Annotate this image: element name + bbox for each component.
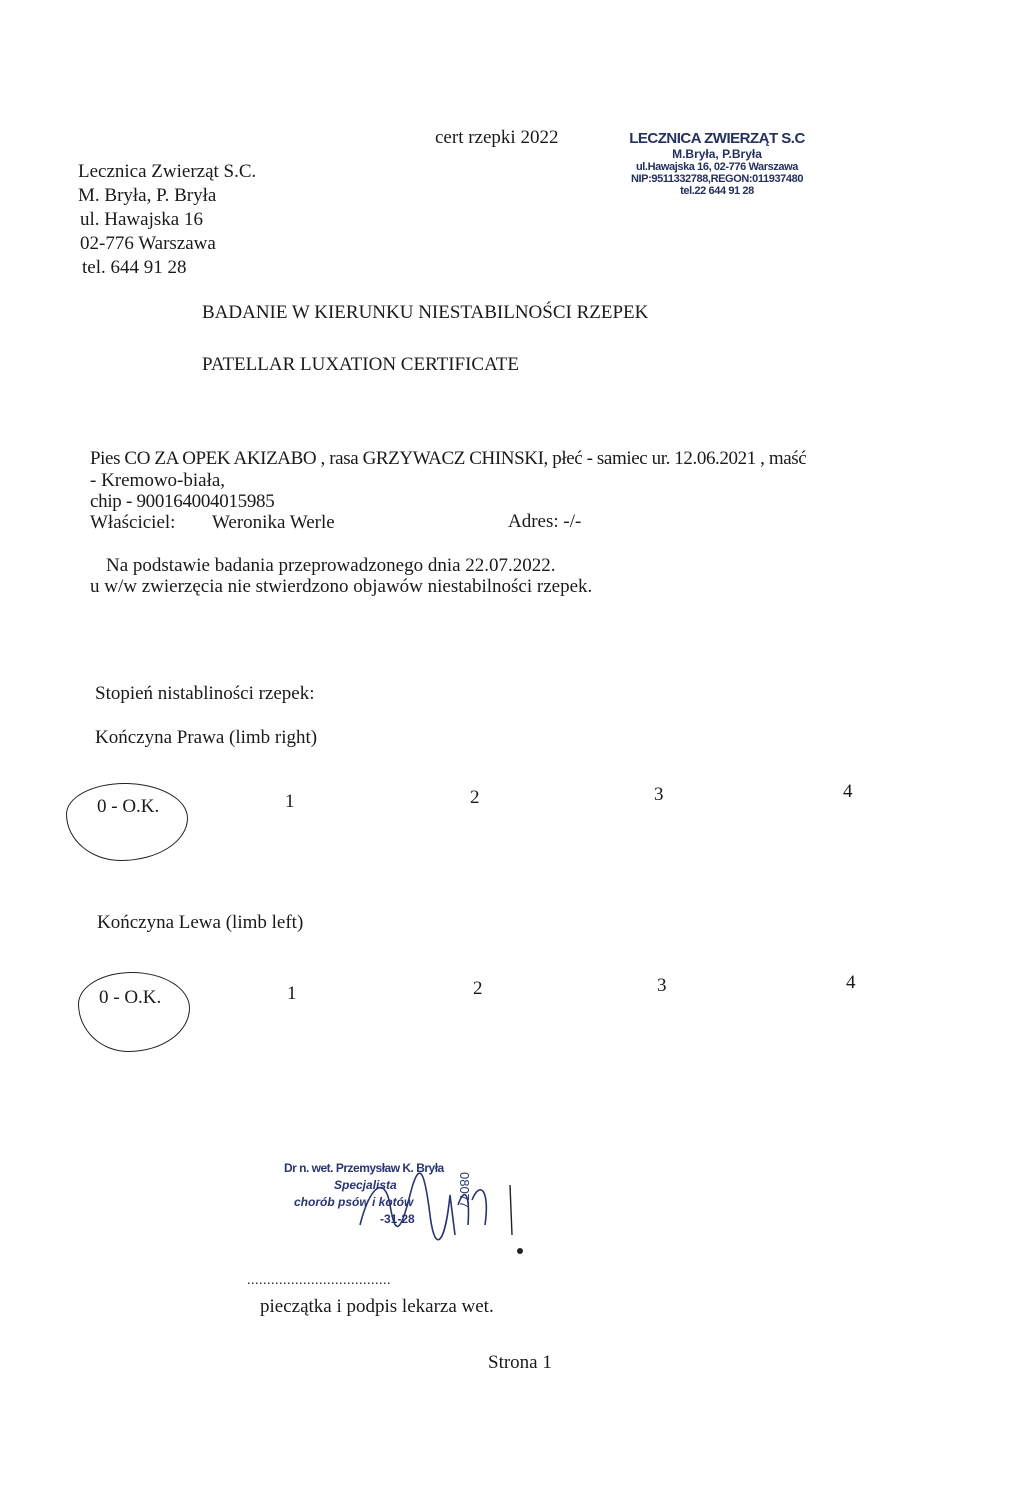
- stamp-line-clinic: LECZNICA ZWIERZĄT S.C: [592, 130, 842, 147]
- left-limb-label: Kończyna Lewa (limb left): [97, 912, 303, 934]
- signature-caption: pieczątka i podpis lekarza wet.: [260, 1296, 494, 1318]
- left-limb-grade-3: 3: [657, 975, 667, 997]
- animal-color: - Kremowo-biała,: [90, 470, 225, 492]
- page-number: Strona 1: [488, 1352, 552, 1374]
- left-limb-grade-0: 0 - O.K.: [99, 987, 161, 1009]
- handwritten-signature: [350, 1165, 530, 1255]
- stamp-line-owners: M.Bryła, P.Bryła: [592, 147, 842, 161]
- owner-address: Adres: -/-: [508, 511, 581, 533]
- animal-description: Pies CO ZA OPEK AKIZABO , rasa GRZYWACZ …: [90, 448, 806, 470]
- right-limb-grade-2: 2: [470, 787, 480, 809]
- stamp-line-address: ul.Hawajska 16, 02-776 Warszawa: [592, 161, 842, 173]
- clinic-owners: M. Bryła, P. Bryła: [78, 184, 256, 208]
- left-limb-grade-2: 2: [473, 978, 483, 1000]
- grades-heading: Stopień nistabliności rzepek:: [95, 683, 315, 705]
- right-limb-grade-4: 4: [843, 781, 853, 803]
- clinic-stamp: LECZNICA ZWIERZĄT S.C M.Bryła, P.Bryła u…: [592, 130, 842, 197]
- result-conclusion: u w/w zwierzęcia nie stwierdzono objawów…: [90, 576, 592, 598]
- left-limb-selection-circle: [78, 972, 190, 1052]
- right-limb-label: Kończyna Prawa (limb right): [95, 727, 317, 749]
- right-limb-grade-3: 3: [654, 784, 664, 806]
- owner-label: Właściciel:: [90, 512, 175, 534]
- left-limb-grade-1: 1: [287, 983, 297, 1005]
- clinic-city: 02-776 Warszawa: [78, 232, 256, 256]
- clinic-phone: tel. 644 91 28: [78, 256, 256, 280]
- clinic-name: Lecznica Zwierząt S.C.: [78, 160, 256, 184]
- stamp-line-phone: tel.22 644 91 28: [592, 185, 842, 197]
- stamp-line-nip: NIP:9511332788,REGON:011937480: [592, 173, 842, 185]
- title-english: PATELLAR LUXATION CERTIFICATE: [202, 354, 519, 376]
- left-limb-grade-4: 4: [846, 972, 856, 994]
- signature-line: ....................................: [247, 1273, 391, 1289]
- right-limb-selection-circle: [66, 783, 188, 861]
- clinic-address-block: Lecznica Zwierząt S.C. M. Bryła, P. Brył…: [78, 160, 256, 280]
- right-limb-grade-0: 0 - O.K.: [97, 796, 159, 818]
- title-polish: BADANIE W KIERUNKU NIESTABILNOŚCI RZEPEK: [202, 302, 648, 324]
- result-exam-date: Na podstawie badania przeprowadzonego dn…: [106, 555, 556, 577]
- animal-chip: chip - 900164004015985: [90, 491, 274, 513]
- right-limb-grade-1: 1: [285, 791, 295, 813]
- clinic-street: ul. Hawajska 16: [78, 208, 256, 232]
- owner-name: Weronika Werle: [212, 512, 335, 534]
- document-reference: cert rzepki 2022: [435, 127, 558, 149]
